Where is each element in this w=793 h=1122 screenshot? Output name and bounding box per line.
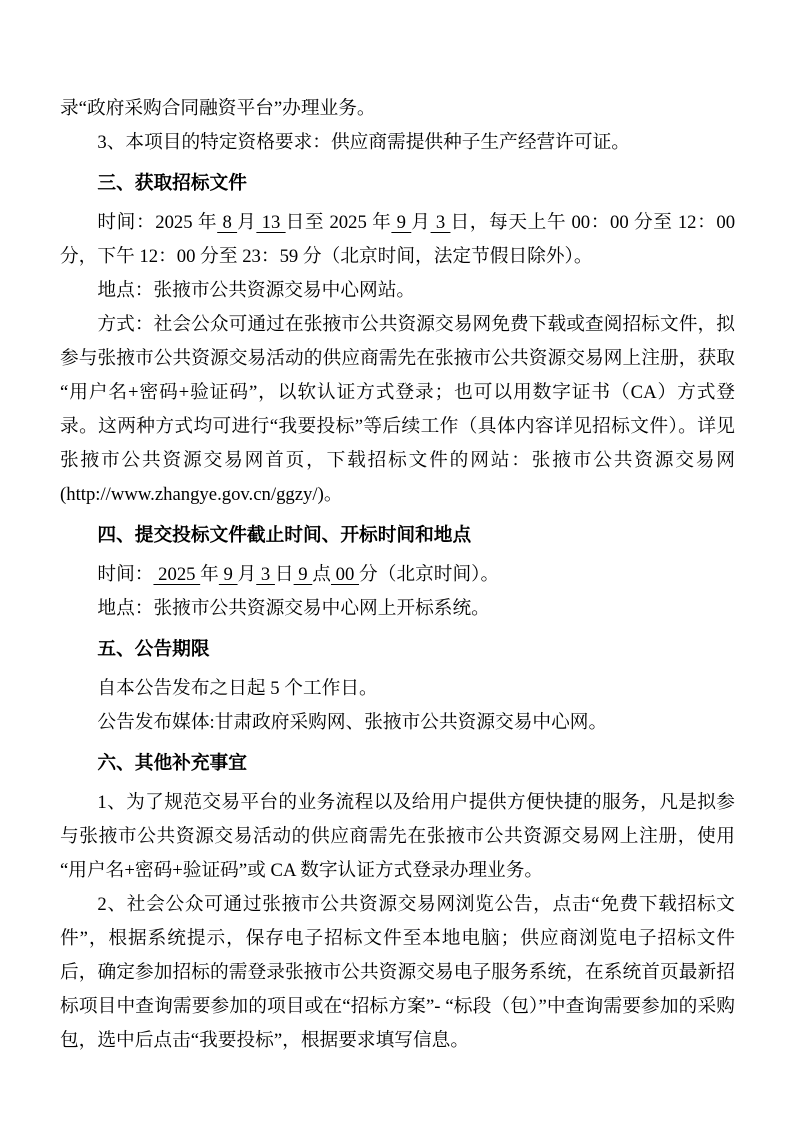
heading-section-5-announcement-period: 五、公告期限 — [60, 632, 735, 666]
text-run: 1、为了规范交易平台的业务流程以及给用户提供方便快捷的服务，凡是拟参与张掖市公共… — [60, 792, 735, 881]
text-run: 点 — [312, 564, 331, 585]
text-run: 月 — [237, 212, 256, 233]
heading-section-3-obtain-bid-documents: 三、获取招标文件 — [60, 166, 735, 200]
text-run: 3、本项目的特定资格要求：供应商需提供种子生产经营许可证。 — [97, 132, 630, 153]
text-run: 时间：2025 年 — [97, 212, 217, 233]
underlined-fill-in-value: 2025 — [153, 564, 200, 585]
text-run: 。 — [324, 484, 343, 505]
text-run: 五、公告期限 — [97, 638, 209, 659]
text-run: 录“政府采购合同融资平台”办理业务。 — [60, 98, 376, 119]
heading-section-4-submission-deadline-opening: 四、提交投标文件截止时间、开标时间和地点 — [60, 518, 735, 552]
text-run: 地点：张掖市公共资源交易中心网上开标系统。 — [97, 598, 489, 619]
text-run: 三、获取招标文件 — [97, 172, 247, 193]
text-run: 公告发布媒体:甘肃政府采购网、张掖市公共资源交易中心网。 — [97, 712, 607, 733]
para-obtain-method: 方式：社会公众可通过在张掖市公共资源交易网免费下载或查阅招标文件，拟参与张掖市公… — [60, 308, 735, 512]
underlined-fill-in-value: 8 — [217, 212, 237, 233]
underlined-fill-in-value: 3 — [431, 212, 451, 233]
text-run: 2、社会公众可通过张掖市公共资源交易网浏览公告，点击“免费下载招标文件”，根据系… — [60, 894, 735, 1051]
para-supplement-1: 1、为了规范交易平台的业务流程以及给用户提供方便快捷的服务，凡是拟参与张掖市公共… — [60, 786, 735, 888]
text-run: 六、其他补充事宜 — [97, 752, 247, 773]
document-page: 录“政府采购合同融资平台”办理业务。3、本项目的特定资格要求：供应商需提供种子生… — [0, 0, 793, 1122]
text-run: 时间： — [97, 564, 153, 585]
url-text: (http://www.zhangye.gov.cn/ggzy/) — [60, 484, 324, 505]
underlined-fill-in-value: 9 — [391, 212, 411, 233]
underlined-fill-in-value: 00 — [331, 564, 359, 585]
text-run: 方式：社会公众可通过在张掖市公共资源交易网免费下载或查阅招标文件，拟参与张掖市公… — [60, 314, 735, 471]
text-run: 年 — [200, 564, 219, 585]
text-run: 地点：张掖市公共资源交易中心网站。 — [97, 280, 415, 301]
para-deadline-time: 时间： 2025 年 9 月 3 日 9 点 00 分（北京时间）。 — [60, 558, 735, 592]
text-run: 月 — [411, 212, 430, 233]
para-financing-platform-continuation: 录“政府采购合同融资平台”办理业务。 — [60, 92, 735, 126]
underlined-fill-in-value: 3 — [256, 564, 275, 585]
underlined-fill-in-value: 13 — [256, 212, 285, 233]
para-announcement-media: 公告发布媒体:甘肃政府采购网、张掖市公共资源交易中心网。 — [60, 706, 735, 740]
text-run: 日 — [275, 564, 294, 585]
text-run: 日至 2025 年 — [286, 212, 392, 233]
text-run: 月 — [238, 564, 257, 585]
text-run: 四、提交投标文件截止时间、开标时间和地点 — [97, 524, 471, 545]
underlined-fill-in-value: 9 — [219, 564, 238, 585]
para-obtain-location: 地点：张掖市公共资源交易中心网站。 — [60, 274, 735, 308]
para-specific-qualification: 3、本项目的特定资格要求：供应商需提供种子生产经营许可证。 — [60, 126, 735, 160]
document-content: 录“政府采购合同融资平台”办理业务。3、本项目的特定资格要求：供应商需提供种子生… — [60, 92, 735, 1058]
para-opening-location: 地点：张掖市公共资源交易中心网上开标系统。 — [60, 592, 735, 626]
text-run: 自本公告发布之日起 5 个工作日。 — [97, 678, 377, 699]
para-supplement-2: 2、社会公众可通过张掖市公共资源交易网浏览公告，点击“免费下载招标文件”，根据系… — [60, 888, 735, 1058]
heading-section-6-other-supplementary-matters: 六、其他补充事宜 — [60, 746, 735, 780]
underlined-fill-in-value: 9 — [294, 564, 313, 585]
text-run: 分（北京时间）。 — [359, 564, 499, 585]
para-obtain-time: 时间：2025 年 8 月 13 日至 2025 年 9 月 3 日，每天上午 … — [60, 206, 735, 274]
para-announcement-period: 自本公告发布之日起 5 个工作日。 — [60, 672, 735, 706]
